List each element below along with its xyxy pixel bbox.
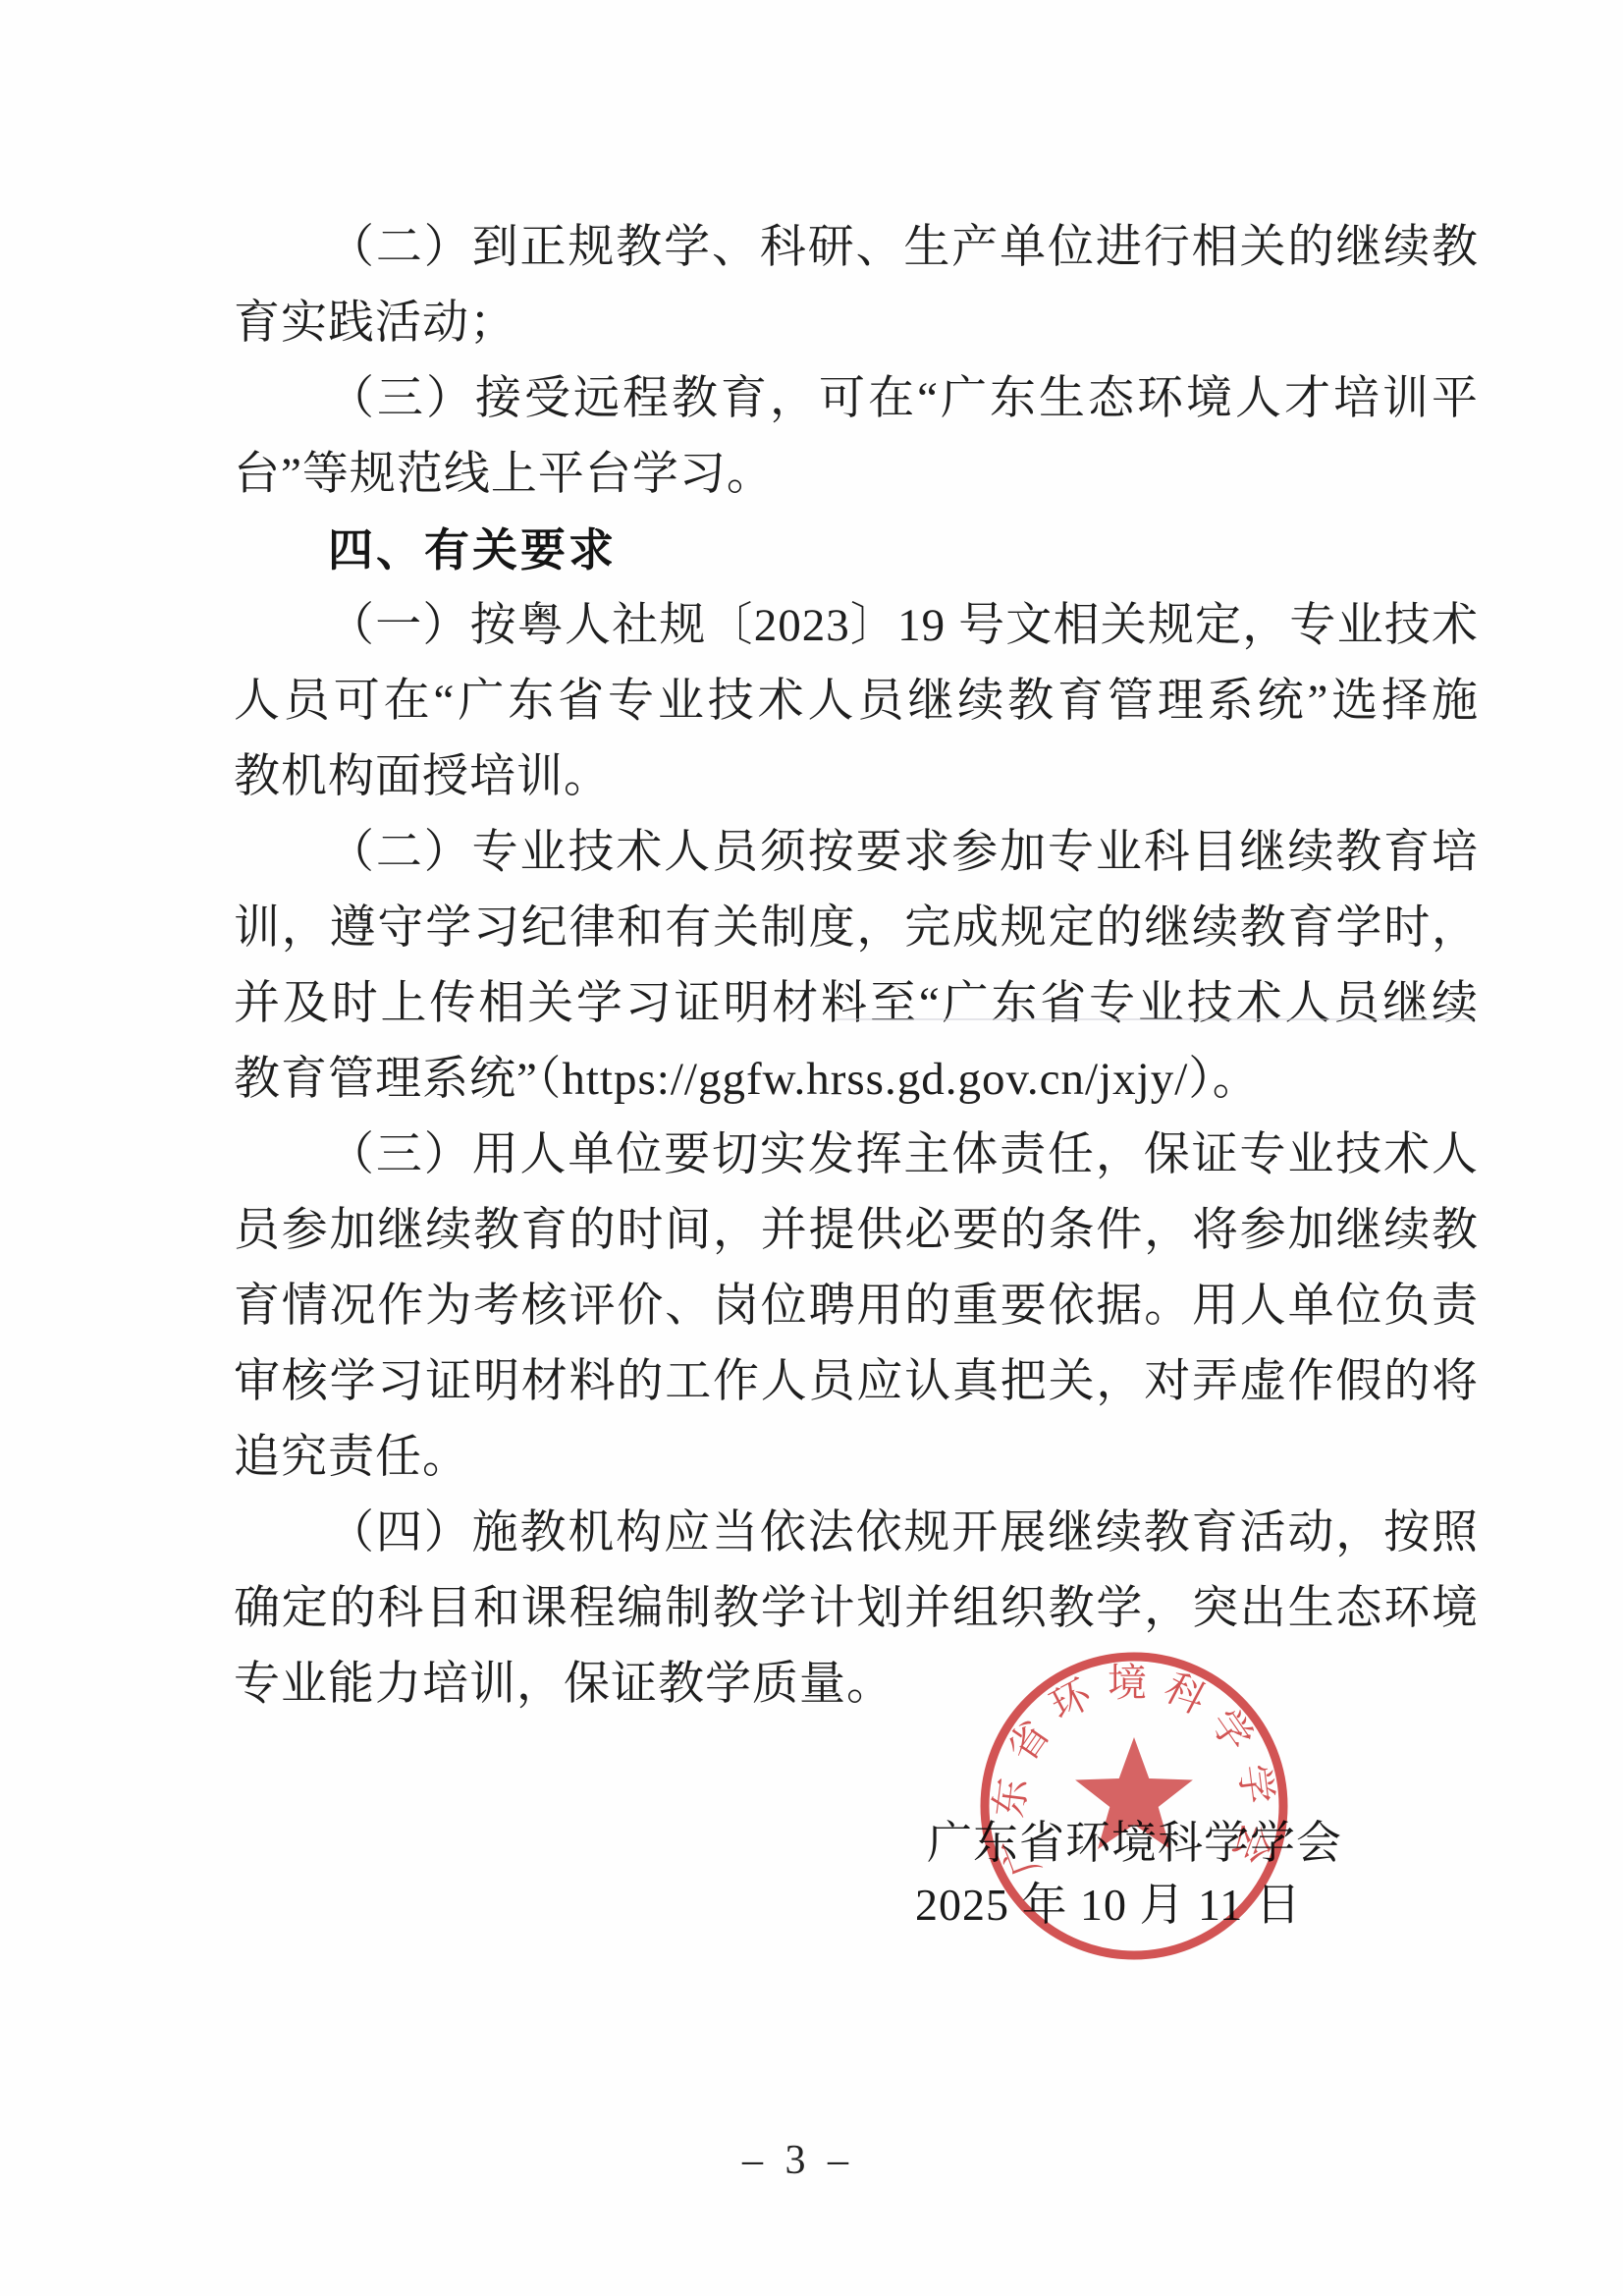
body-text-line: （二）专业技术人员须按要求参加专业科目继续教育培 [234, 815, 1479, 891]
body-text-line: 教育管理系统”（https://ggfw.hrss.gd.gov.cn/jxjy… [234, 1042, 1479, 1118]
body-text-line: （四）施教机构应当依法依规开展继续教育活动，按照 [234, 1496, 1479, 1571]
star-icon [1075, 1737, 1193, 1849]
official-seal: 广东省环境科学学会 [970, 1642, 1298, 1970]
body-text-line: 台”等规范线上平台学习。 [234, 437, 1479, 513]
body-text-line: 追究责任。 [234, 1420, 1479, 1496]
section-heading: 四、有关要求 [234, 513, 1479, 588]
body-text-line: （二）到正规教学、科研、生产单位进行相关的继续教 [234, 210, 1479, 286]
body-text-line: （三）用人单位要切实发挥主体责任，保证专业技术人 [234, 1118, 1479, 1193]
official-seal-graphic: 广东省环境科学学会 [970, 1642, 1298, 1970]
body-text-line: 教机构面授培训。 [234, 739, 1479, 815]
scan-artifact-line [835, 1018, 1473, 1020]
body-text-line: 训，遵守学习纪律和有关制度，完成规定的继续教育学时， [234, 891, 1479, 966]
body-text-line: 育实践活动； [234, 286, 1479, 361]
scanned-document-page: （二）到正规教学、科研、生产单位进行相关的继续教育实践活动；（三）接受远程教育，… [0, 0, 1623, 2296]
body-text-line: 并及时上传相关学习证明材料至“广东省专业技术人员继续 [234, 966, 1479, 1042]
document-body: （二）到正规教学、科研、生产单位进行相关的继续教育实践活动；（三）接受远程教育，… [234, 210, 1479, 1722]
body-text-line: 人员可在“广东省专业技术人员继续教育管理系统”选择施 [234, 664, 1479, 739]
body-text-line: （一）按粤人社规〔2023〕19 号文相关规定，专业技术 [234, 588, 1479, 664]
body-text-line: 育情况作为考核评价、岗位聘用的重要依据。用人单位负责 [234, 1269, 1479, 1344]
body-text-line: （三）接受远程教育，可在“广东生态环境人才培训平 [234, 361, 1479, 437]
page-number: – 3 – [742, 2137, 854, 2184]
body-text-line: 审核学习证明材料的工作人员应认真把关，对弄虚作假的将 [234, 1344, 1479, 1420]
body-text-line: 员参加继续教育的时间，并提供必要的条件，将参加继续教 [234, 1193, 1479, 1269]
body-text-line: 确定的科目和课程编制教学计划并组织教学，突出生态环境 [234, 1571, 1479, 1647]
